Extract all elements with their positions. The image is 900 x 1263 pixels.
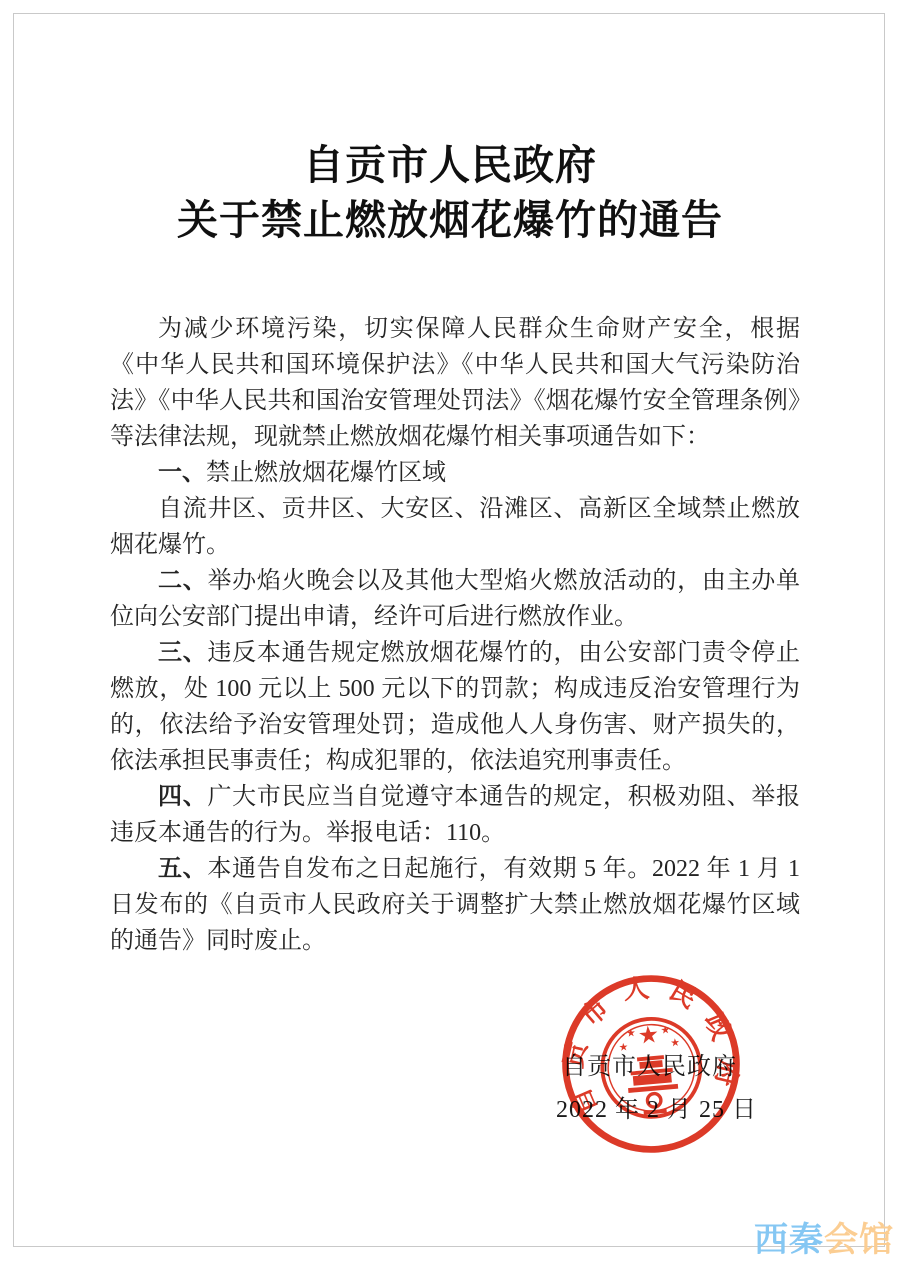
watermark: 西秦会馆	[754, 1212, 894, 1261]
official-seal: 自贡市人民政府	[547, 960, 755, 1168]
notice-paragraph: 三、违反本通告规定燃放烟花爆竹的，由公安部门责令停止燃放，处 100 元以上 5…	[110, 635, 800, 779]
notice-title-line1: 自贡市人民政府	[0, 138, 900, 193]
national-emblem-icon	[598, 1015, 704, 1121]
paragraph-text: 本通告自发布之日起施行，有效期 5 年。2022 年 1 月 1 日发布的《自贡…	[110, 856, 800, 954]
paragraph-text: 举办焰火晚会以及其他大型焰火燃放活动的，由主办单位向公安部门提出申请，经许可后进…	[110, 568, 800, 630]
paragraph-marker: 二、	[158, 568, 207, 594]
notice-paragraph: 二、举办焰火晚会以及其他大型焰火燃放活动的，由主办单位向公安部门提出申请，经许可…	[110, 563, 800, 635]
document-page: 自贡市人民政府 关于禁止燃放烟花爆竹的通告 为减少环境污染，切实保障人民群众生命…	[0, 0, 900, 1263]
paragraph-marker: 四、	[158, 784, 207, 810]
paragraph-marker: 一、	[158, 460, 206, 486]
paragraph-text: 违反本通告规定燃放烟花爆竹的，由公安部门责令停止燃放，处 100 元以上 500…	[110, 640, 800, 774]
paragraph-text: 禁止燃放烟花爆竹区域	[206, 460, 446, 486]
paragraph-marker: 三、	[158, 640, 207, 666]
paragraph-marker: 五、	[158, 856, 207, 882]
watermark-part2: 会馆	[824, 1221, 894, 1259]
notice-paragraph: 一、禁止燃放烟花爆竹区域	[110, 455, 800, 491]
notice-paragraph: 自流井区、贡井区、大安区、沿滩区、高新区全域禁止燃放烟花爆竹。	[110, 491, 800, 563]
paragraph-text: 自流井区、贡井区、大安区、沿滩区、高新区全域禁止燃放烟花爆竹。	[110, 496, 800, 558]
watermark-part1: 西秦	[754, 1221, 824, 1259]
notice-title: 自贡市人民政府 关于禁止燃放烟花爆竹的通告	[0, 138, 900, 248]
notice-body: 为减少环境污染，切实保障人民群众生命财产安全，根据《中华人民共和国环境保护法》《…	[110, 311, 800, 959]
notice-title-line2: 关于禁止燃放烟花爆竹的通告	[0, 193, 900, 248]
notice-paragraph: 四、广大市民应当自觉遵守本通告的规定，积极劝阻、举报违反本通告的行为。举报电话：…	[110, 779, 800, 851]
notice-paragraph: 五、本通告自发布之日起施行，有效期 5 年。2022 年 1 月 1 日发布的《…	[110, 851, 800, 959]
paragraph-text: 为减少环境污染，切实保障人民群众生命财产安全，根据《中华人民共和国环境保护法》《…	[110, 316, 800, 450]
notice-paragraph: 为减少环境污染，切实保障人民群众生命财产安全，根据《中华人民共和国环境保护法》《…	[110, 311, 800, 455]
paragraph-text: 广大市民应当自觉遵守本通告的规定，积极劝阻、举报违反本通告的行为。举报电话：11…	[110, 784, 800, 846]
